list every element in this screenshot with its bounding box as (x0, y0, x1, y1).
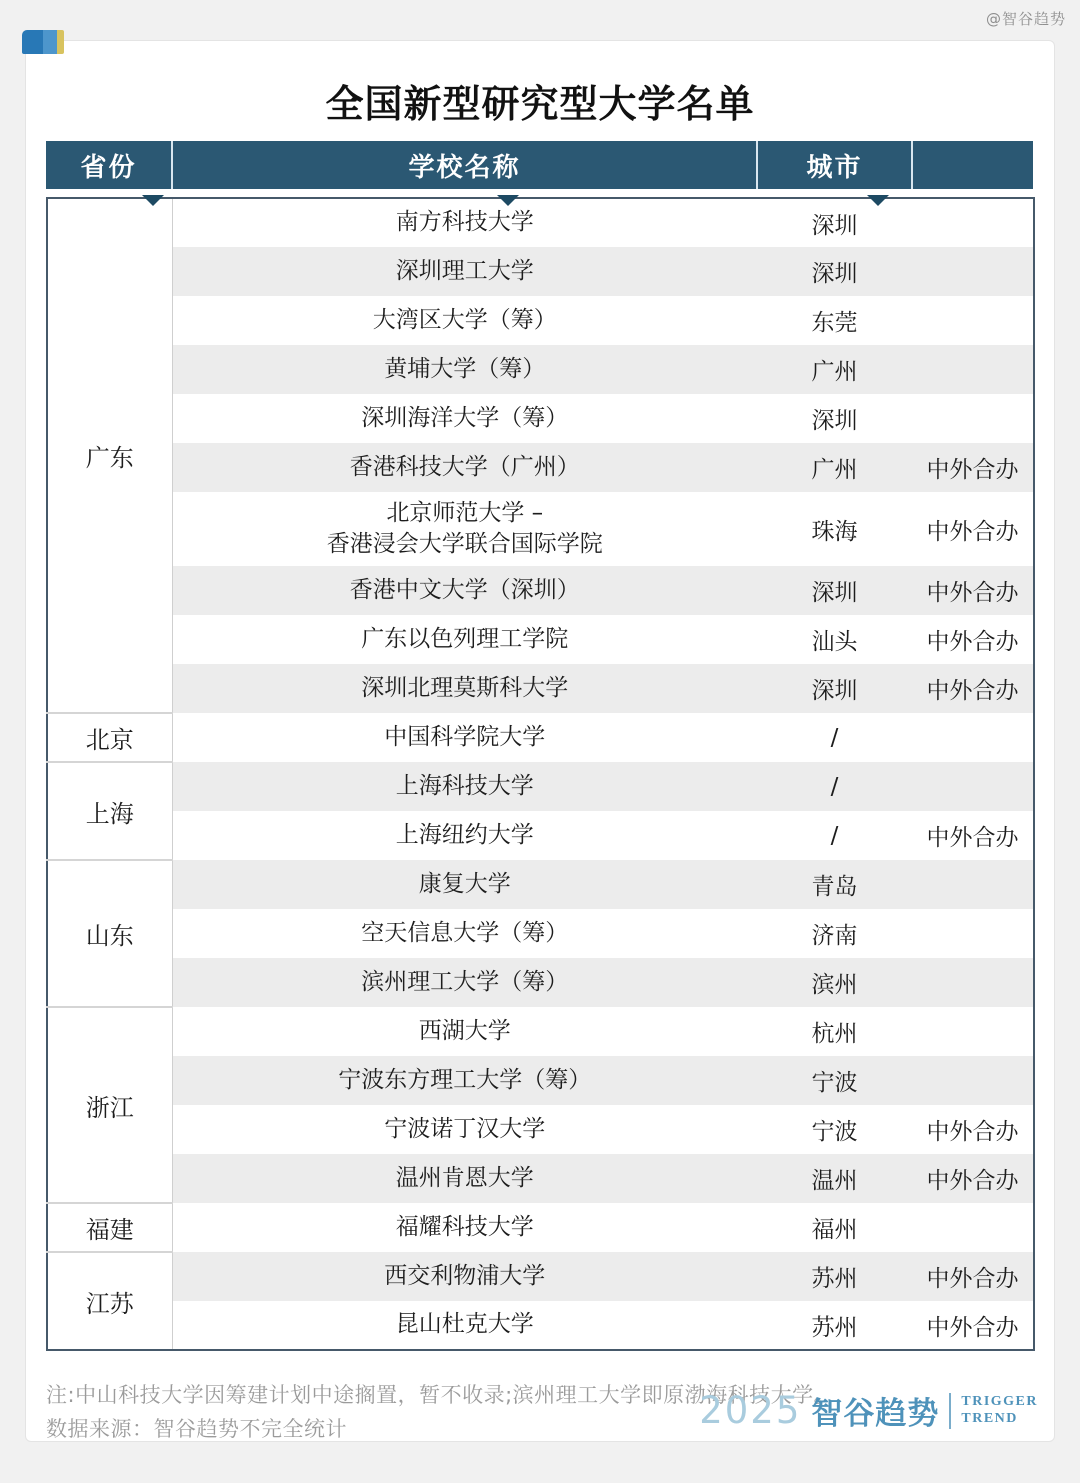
coop-type-cell: 中外合办 (912, 811, 1034, 860)
coop-type-cell (912, 247, 1034, 296)
table-row: 宁波东方理工大学（筹）宁波 (47, 1056, 1034, 1105)
data-source: 数据来源：智谷趋势不完全统计 (46, 1413, 347, 1443)
province-cell: 广东 (47, 198, 172, 713)
brand-mark-dark-square-icon (22, 30, 43, 54)
logo-brand-name: 智谷趋势 (811, 1388, 939, 1433)
school-name-cell: 黄埔大学（筹） (172, 345, 757, 394)
city-cell: 深圳 (757, 566, 912, 615)
city-cell: 珠海 (757, 492, 912, 566)
header-cell-city: 城市 (756, 141, 911, 189)
brand-mark-light-square-icon (43, 30, 57, 54)
coop-type-cell: 中外合办 (912, 1105, 1034, 1154)
table-row: 宁波诺丁汉大学宁波中外合办 (47, 1105, 1034, 1154)
coop-type-cell (912, 296, 1034, 345)
table-row: 江苏西交利物浦大学苏州中外合办 (47, 1252, 1034, 1301)
coop-type-cell: 中外合办 (912, 566, 1034, 615)
city-cell: 宁波 (757, 1056, 912, 1105)
school-name-cell: 香港科技大学（广州） (172, 443, 757, 492)
school-name-cell: 宁波东方理工大学（筹） (172, 1056, 757, 1105)
city-cell: 深圳 (757, 394, 912, 443)
table-row: 昆山杜克大学苏州中外合办 (47, 1301, 1034, 1350)
coop-type-cell: 中外合办 (912, 1154, 1034, 1203)
school-name-cell: 康复大学 (172, 860, 757, 909)
city-cell: 苏州 (757, 1301, 912, 1350)
school-name-cell: 大湾区大学（筹） (172, 296, 757, 345)
table-row: 山东康复大学青岛 (47, 860, 1034, 909)
table-header-row: 省份 学校名称 城市 (46, 141, 1033, 189)
table-row: 北京中国科学院大学/ (47, 713, 1034, 762)
city-cell: 济南 (757, 909, 912, 958)
city-cell: 苏州 (757, 1252, 912, 1301)
city-cell: 广州 (757, 443, 912, 492)
table-row: 大湾区大学（筹）东莞 (47, 296, 1034, 345)
coop-type-cell (912, 909, 1034, 958)
table-body-wrap: 广东南方科技大学深圳深圳理工大学深圳大湾区大学（筹）东莞黄埔大学（筹）广州深圳海… (46, 197, 1033, 1351)
city-cell: 福州 (757, 1203, 912, 1252)
city-cell: / (757, 762, 912, 811)
province-cell: 浙江 (47, 1007, 172, 1203)
triangle-marker-school-icon (497, 195, 519, 206)
coop-type-cell: 中外合办 (912, 664, 1034, 713)
school-name-cell: 西交利物浦大学 (172, 1252, 757, 1301)
coop-type-cell (912, 762, 1034, 811)
university-table: 广东南方科技大学深圳深圳理工大学深圳大湾区大学（筹）东莞黄埔大学（筹）广州深圳海… (46, 197, 1035, 1351)
school-name-cell: 中国科学院大学 (172, 713, 757, 762)
school-name-cell: 昆山杜克大学 (172, 1301, 757, 1350)
coop-type-cell: 中外合办 (912, 615, 1034, 664)
city-cell: / (757, 811, 912, 860)
school-name-cell: 深圳海洋大学（筹） (172, 394, 757, 443)
logo-tagline-line1: TRIGGER (961, 1394, 1038, 1411)
coop-type-cell (912, 394, 1034, 443)
table-body: 广东南方科技大学深圳深圳理工大学深圳大湾区大学（筹）东莞黄埔大学（筹）广州深圳海… (47, 198, 1034, 1350)
school-name-cell: 南方科技大学 (172, 198, 757, 247)
page-title: 全国新型研究型大学名单 (26, 73, 1054, 128)
header-cell-province: 省份 (46, 141, 171, 189)
table-row: 上海纽约大学/中外合办 (47, 811, 1034, 860)
triangle-marker-city-icon (867, 195, 889, 206)
province-cell: 北京 (47, 713, 172, 762)
city-cell: 温州 (757, 1154, 912, 1203)
table-row: 深圳海洋大学（筹）深圳 (47, 394, 1034, 443)
watermark: @智谷趋势 (986, 8, 1066, 29)
logo-tagline: TRIGGER TREND (961, 1394, 1038, 1428)
triangle-marker-province-icon (142, 195, 164, 206)
header-cell-coop (911, 141, 1033, 189)
school-name-cell: 滨州理工大学（筹） (172, 958, 757, 1007)
city-cell: 青岛 (757, 860, 912, 909)
coop-type-cell (912, 1056, 1034, 1105)
school-name-cell: 北京师范大学 – 香港浸会大学联合国际学院 (172, 492, 757, 566)
coop-type-cell: 中外合办 (912, 443, 1034, 492)
city-cell: 深圳 (757, 664, 912, 713)
table-row: 香港中文大学（深圳）深圳中外合办 (47, 566, 1034, 615)
province-cell: 福建 (47, 1203, 172, 1252)
brand-mark-icon (22, 30, 64, 54)
infographic-card: 全国新型研究型大学名单 省份 学校名称 城市 广东南方科技大学深圳深圳理工大学深… (25, 40, 1055, 1442)
school-name-cell: 福耀科技大学 (172, 1203, 757, 1252)
coop-type-cell (912, 958, 1034, 1007)
coop-type-cell (912, 713, 1034, 762)
table-row: 深圳北理莫斯科大学深圳中外合办 (47, 664, 1034, 713)
logo-tagline-line2: TREND (961, 1411, 1038, 1428)
table-row: 北京师范大学 – 香港浸会大学联合国际学院珠海中外合办 (47, 492, 1034, 566)
logo-divider (949, 1393, 951, 1429)
table-row: 深圳理工大学深圳 (47, 247, 1034, 296)
coop-type-cell: 中外合办 (912, 1301, 1034, 1350)
logo-year: 2025 (699, 1389, 801, 1432)
school-name-cell: 温州肯恩大学 (172, 1154, 757, 1203)
table-row: 滨州理工大学（筹）滨州 (47, 958, 1034, 1007)
city-cell: 杭州 (757, 1007, 912, 1056)
school-name-cell: 上海科技大学 (172, 762, 757, 811)
city-cell: 广州 (757, 345, 912, 394)
coop-type-cell (912, 860, 1034, 909)
coop-type-cell: 中外合办 (912, 1252, 1034, 1301)
school-name-cell: 深圳北理莫斯科大学 (172, 664, 757, 713)
table-row: 浙江西湖大学杭州 (47, 1007, 1034, 1056)
city-cell: 滨州 (757, 958, 912, 1007)
coop-type-cell (912, 1007, 1034, 1056)
brand-mark-yellow-strip-icon (57, 30, 64, 54)
city-cell: / (757, 713, 912, 762)
province-cell: 山东 (47, 860, 172, 1007)
table-row: 黄埔大学（筹）广州 (47, 345, 1034, 394)
school-name-cell: 西湖大学 (172, 1007, 757, 1056)
school-name-cell: 广东以色列理工学院 (172, 615, 757, 664)
coop-type-cell (912, 345, 1034, 394)
coop-type-cell: 中外合办 (912, 492, 1034, 566)
province-cell: 上海 (47, 762, 172, 860)
publisher-logo: 2025 智谷趋势 TRIGGER TREND (699, 1388, 1038, 1433)
school-name-cell: 上海纽约大学 (172, 811, 757, 860)
table-row: 广东以色列理工学院汕头中外合办 (47, 615, 1034, 664)
city-cell: 宁波 (757, 1105, 912, 1154)
city-cell: 东莞 (757, 296, 912, 345)
table-row: 上海上海科技大学/ (47, 762, 1034, 811)
table-row: 福建福耀科技大学福州 (47, 1203, 1034, 1252)
city-cell: 汕头 (757, 615, 912, 664)
header-cell-school: 学校名称 (171, 141, 756, 189)
school-name-cell: 宁波诺丁汉大学 (172, 1105, 757, 1154)
province-cell: 江苏 (47, 1252, 172, 1350)
city-cell: 深圳 (757, 247, 912, 296)
school-name-cell: 深圳理工大学 (172, 247, 757, 296)
table-row: 香港科技大学（广州）广州中外合办 (47, 443, 1034, 492)
coop-type-cell (912, 198, 1034, 247)
table-row: 温州肯恩大学温州中外合办 (47, 1154, 1034, 1203)
school-name-cell: 香港中文大学（深圳） (172, 566, 757, 615)
school-name-cell: 空天信息大学（筹） (172, 909, 757, 958)
table-row: 空天信息大学（筹）济南 (47, 909, 1034, 958)
coop-type-cell (912, 1203, 1034, 1252)
